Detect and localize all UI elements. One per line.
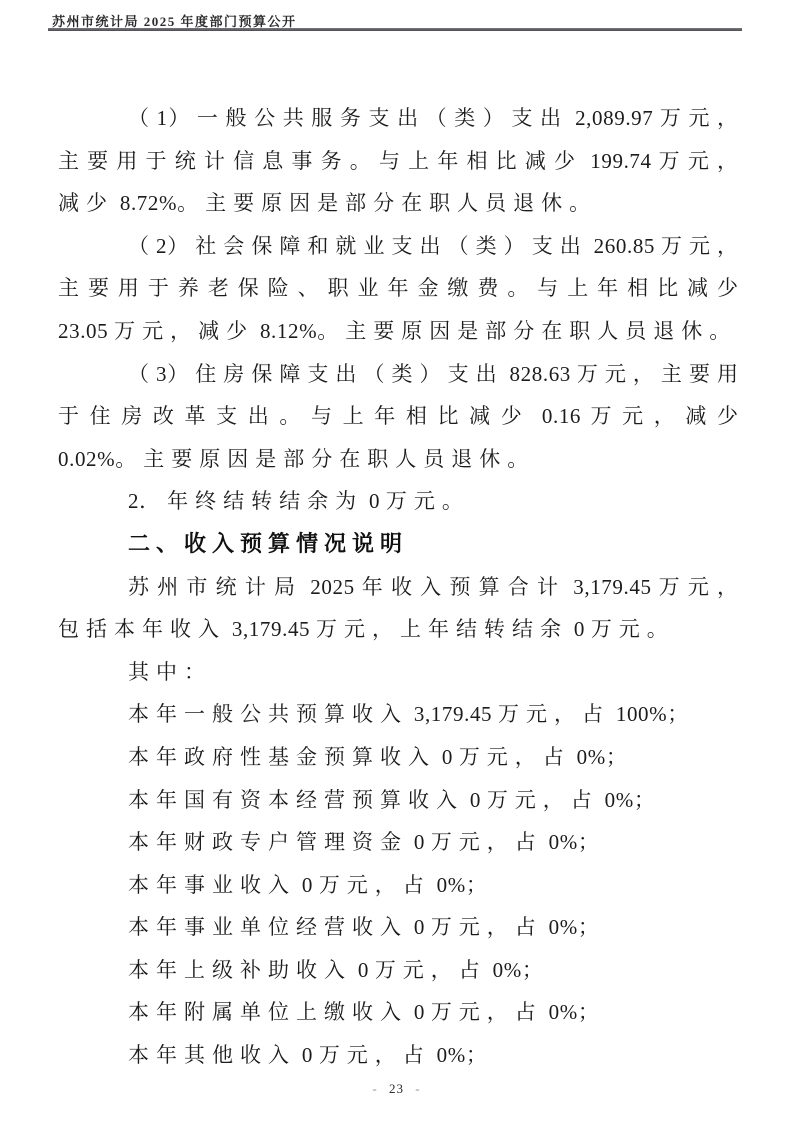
paragraph-year-end-carryover: 2．年终结转结余为 0 万元。 (58, 480, 745, 523)
line-item-state-capital-income: 本年国有资本经营预算收入 0 万元，占 0%； (58, 779, 745, 822)
line-item-superior-subsidy-income: 本年上级补助收入 0 万元，占 0%； (58, 949, 745, 992)
header-rule (48, 28, 742, 31)
paragraph-social-security-expense: （2）社会保障和就业支出（类）支出 260.85 万元，主要用于养老保险、职业年… (58, 225, 745, 353)
line-item-institution-income: 本年事业收入 0 万元，占 0%； (58, 864, 745, 907)
line-item-other-income: 本年其他收入 0 万元，占 0%； (58, 1034, 745, 1077)
line-item-government-fund-income: 本年政府性基金预算收入 0 万元，占 0%； (58, 736, 745, 779)
footer-dash-left: - (372, 1081, 377, 1096)
paragraph-housing-security-expense: （3）住房保障支出（类）支出 828.63 万元，主要用于住房改革支出。与上年相… (58, 353, 745, 481)
document-body: （1）一般公共服务支出（类）支出 2,089.97 万元，主要用于统计信息事务。… (58, 97, 745, 1077)
paragraph-general-public-services-expense: （1）一般公共服务支出（类）支出 2,089.97 万元，主要用于统计信息事务。… (58, 97, 745, 225)
document-page: 苏州市统计局 2025 年度部门预算公开 （1）一般公共服务支出（类）支出 2,… (0, 0, 793, 1122)
page-footer: - 23 - (0, 1081, 793, 1097)
line-item-general-public-budget-income: 本年一般公共预算收入 3,179.45 万元，占 100%； (58, 693, 745, 736)
line-item-affiliated-unit-remittance: 本年附属单位上缴收入 0 万元，占 0%； (58, 991, 745, 1034)
paragraph-income-budget-total: 苏州市统计局 2025 年收入预算合计 3,179.45 万元，包括本年收入 3… (58, 566, 745, 651)
line-item-institution-operating-income: 本年事业单位经营收入 0 万元，占 0%； (58, 906, 745, 949)
paragraph-including-label: 其中： (58, 651, 745, 694)
line-item-fiscal-special-account-funds: 本年财政专户管理资金 0 万元，占 0%； (58, 821, 745, 864)
page-number: 23 (389, 1081, 404, 1096)
section-heading-income-budget: 二、收入预算情况说明 (58, 523, 745, 566)
footer-dash-right: - (415, 1081, 420, 1096)
